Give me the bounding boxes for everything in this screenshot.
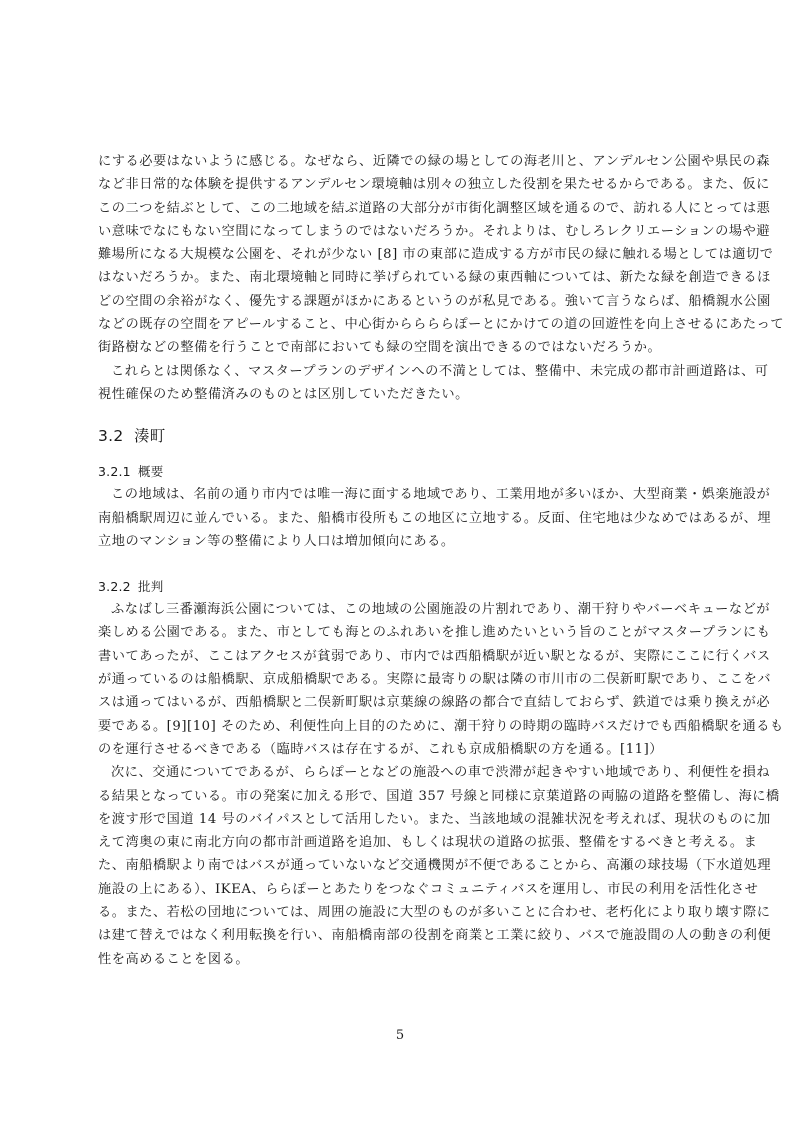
text-line: などの既存の空間をアピールすること、中心街かららららぽーとにかけての道の回遊性を…: [98, 313, 702, 336]
subsection-number: 3.2.1: [98, 460, 138, 483]
text-line: が通っているのは船橋駅、京成船橋駅である。実際に最寄りの駅は隣の市川市の二俣新町…: [98, 668, 702, 691]
subsection-heading-critique: 3.2.2批判: [98, 575, 702, 598]
text-line: ふなばし三番瀬海浜公園については、この地域の公園施設の片割れであり、潮干狩りやバ…: [98, 598, 702, 621]
subsection-heading-overview: 3.2.1概要: [98, 460, 702, 483]
text-line: は建て替えではなく利用転換を行い、南船橋南部の役割を商業と工業に絞り、バスで施設…: [98, 924, 702, 947]
text-line: 次に、交通についてであるが、ららぽーとなどの施設への車で渋滞が起きやすい地域であ…: [98, 761, 702, 784]
text-line: る結果となっている。市の発案に加える形で、国道 357 号線と同様に京葉道路の両…: [98, 785, 702, 808]
text-line: これらとは関係なく、マスタープランのデザインへの不満としては、整備中、未完成の都…: [98, 360, 702, 383]
text-line: えて湾奥の東に南北方向の都市計画道路を追加、もしくは現状の道路の拡張、整備をする…: [98, 831, 702, 854]
text-line: 視性確保のため整備済みのものとは区別していただきたい。: [98, 383, 702, 406]
text-line: のを運行させるべきである（臨時バスは存在するが、これも京成船橋駅の方を通る。[1…: [98, 738, 702, 761]
text-line: どの空間の余裕がなく、優先する課題がほかにあるというのが私見である。強いて言うな…: [98, 290, 702, 313]
text-line: 施設の上にある）、IKEA、ららぽーとあたりをつなぐコミュニティバスを運用し、市…: [98, 878, 702, 901]
text-line: スは通ってはいるが、西船橋駅と二俣新町駅は京葉線の線路の都合で直結しておらず、鉄…: [98, 691, 702, 714]
section-number: 3.2: [98, 424, 134, 448]
text-line: 楽しめる公園である。また、市としても海とのふれあいを推し進めたいという旨のことが…: [98, 621, 702, 644]
section-title: 湊町: [134, 427, 166, 445]
paragraph-overview: この地域は、名前の通り市内では唯一海に面する地域であり、工業用地が多いほか、大型…: [98, 483, 702, 553]
text-line: 南船橋駅周辺に並んでいる。また、船橋市役所もこの地区に立地する。反面、住宅地は少…: [98, 507, 702, 530]
section-heading: 3.2湊町: [98, 424, 702, 448]
text-line: この地域は、名前の通り市内では唯一海に面する地域であり、工業用地が多いほか、大型…: [98, 483, 702, 506]
paragraph-continued: にする必要はないように感じる。なぜなら、近隣での緑の場としての海老川と、アンデル…: [98, 150, 702, 360]
subsection-title: 批判: [138, 579, 163, 594]
text-line: る。また、若松の団地については、周囲の施設に大型のものが多いことに合わせ、老朽化…: [98, 901, 702, 924]
subsection-number: 3.2.2: [98, 575, 138, 598]
subsection-title: 概要: [138, 464, 163, 479]
page-number: 5: [0, 1028, 800, 1043]
text-line: 難場所になる大規模な公園を、それが少ない [8] 市の東部に造成する方が市民の緑…: [98, 243, 702, 266]
text-line: を渡す形で国道 14 号のバイパスとして活用したい。また、当該地域の混雑状況を考…: [98, 808, 702, 831]
text-line: 立地のマンション等の整備により人口は増加傾向にある。: [98, 530, 702, 553]
paragraph-masterplan: これらとは関係なく、マスタープランのデザインへの不満としては、整備中、未完成の都…: [98, 360, 702, 407]
text-line: い意味でなにもない空間になってしまうのではないだろうか。それよりは、むしろレクリ…: [98, 220, 702, 243]
text-line: はないだろうか。また、南北環境軸と同時に挙げられている緑の東西軸については、新た…: [98, 266, 702, 289]
paragraph-critique-traffic: 次に、交通についてであるが、ららぽーとなどの施設への車で渋滞が起きやすい地域であ…: [98, 761, 702, 971]
text-line: にする必要はないように感じる。なぜなら、近隣での緑の場としての海老川と、アンデル…: [98, 150, 702, 173]
text-line: この二つを結ぶとして、この二地域を結ぶ道路の大部分が市街化調整区域を通るので、訪…: [98, 197, 702, 220]
paragraph-critique-park: ふなばし三番瀬海浜公園については、この地域の公園施設の片割れであり、潮干狩りやバ…: [98, 598, 702, 761]
document-page: にする必要はないように感じる。なぜなら、近隣での緑の場としての海老川と、アンデル…: [98, 150, 702, 971]
text-line: 要である。[9][10] そのため、利便性向上目的のために、潮干狩りの時期の臨時…: [98, 715, 702, 738]
text-line: 書いてあったが、ここはアクセスが貧弱であり、市内では西船橋駅が近い駅となるが、実…: [98, 645, 702, 668]
text-line: た、南船橋駅より南ではバスが通っていないなど交通機関が不便であることから、高瀬の…: [98, 854, 702, 877]
text-line: 性を高めることを図る。: [98, 948, 702, 971]
text-line: 街路樹などの整備を行うことで南部においても緑の空間を演出できるのではないだろうか…: [98, 336, 702, 359]
spacer: [98, 553, 702, 575]
spacer: [98, 448, 702, 460]
text-line: など非日常的な体験を提供するアンデルセン環境軸は別々の独立した役割を果たせるから…: [98, 173, 702, 196]
